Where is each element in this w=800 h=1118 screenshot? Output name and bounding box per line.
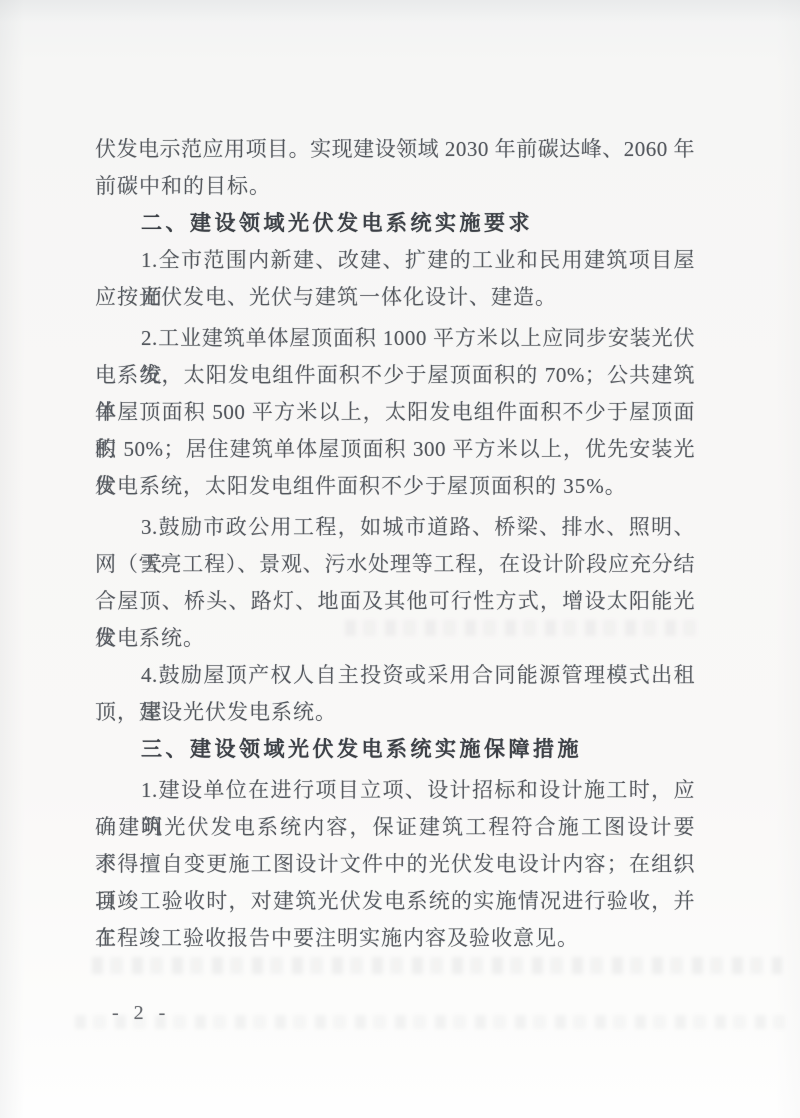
text-line: 电系统，太阳发电组件面积不少于屋顶面积的 70%；公共建筑单: [95, 357, 695, 394]
section3-heading: 三、建设领域光伏发电系统实施保障措施: [95, 731, 695, 768]
text-line: 不得擅自变更施工图设计文件中的光伏发电设计内容；在组织项: [95, 846, 695, 883]
bleed-through-ghost: [75, 1015, 785, 1029]
text-line: 发电系统，太阳发电组件面积不少于屋顶面积的 35%。: [95, 468, 695, 505]
text-line: 体屋顶面积 500 平方米以上，太阳发电组件面积不少于屋顶面积: [95, 394, 695, 431]
page-number: - 2 -: [112, 1000, 170, 1026]
bleed-through-ghost: [92, 957, 782, 974]
text-line: 伏发电示范应用项目。实现建设领域 2030 年前碳达峰、2060 年: [95, 131, 695, 168]
text-line: 应按光伏发电、光伏与建筑一体化设计、建造。: [95, 279, 695, 316]
text-line: 的 50%；居住建筑单体屋顶面积 300 平方米以上，优先安装光伏: [95, 431, 695, 468]
text-line: 4.鼓励屋顶产权人自主投资或采用合同能源管理模式出租屋: [95, 657, 695, 694]
document-body: 伏发电示范应用项目。实现建设领域 2030 年前碳达峰、2060 年 前碳中和的…: [95, 131, 695, 957]
text-line: 1.全市范围内新建、改建、扩建的工业和民用建筑项目屋面: [95, 242, 695, 279]
scanned-document-page: 伏发电示范应用项目。实现建设领域 2030 年前碳达峰、2060 年 前碳中和的…: [0, 0, 800, 1118]
text-line: 合屋顶、桥头、路灯、地面及其他可行性方式，增设太阳能光伏: [95, 583, 695, 620]
text-line: 2.工业建筑单体屋顶面积 1000 平方米以上应同步安装光伏发: [95, 320, 695, 357]
text-line: 网（雪亮工程）、景观、污水处理等工程，在设计阶段应充分结: [95, 546, 695, 583]
text-line: 顶，建设光伏发电系统。: [95, 694, 695, 731]
text-line: 工程竣工验收报告中要注明实施内容及验收意见。: [95, 920, 695, 957]
text-line: 1.建设单位在进行项目立项、设计招标和设计施工时，应明: [95, 772, 695, 809]
text-line: 目竣工验收时，对建筑光伏发电系统的实施情况进行验收，并在: [95, 883, 695, 920]
text-line: 前碳中和的目标。: [95, 168, 695, 205]
text-line: 确建筑光伏发电系统内容，保证建筑工程符合施工图设计要求；: [95, 809, 695, 846]
text-line: 3.鼓励市政公用工程，如城市道路、桥梁、排水、照明、天: [95, 509, 695, 546]
section2-heading: 二、建设领域光伏发电系统实施要求: [95, 205, 695, 242]
text-line: 发电系统。: [95, 620, 695, 657]
